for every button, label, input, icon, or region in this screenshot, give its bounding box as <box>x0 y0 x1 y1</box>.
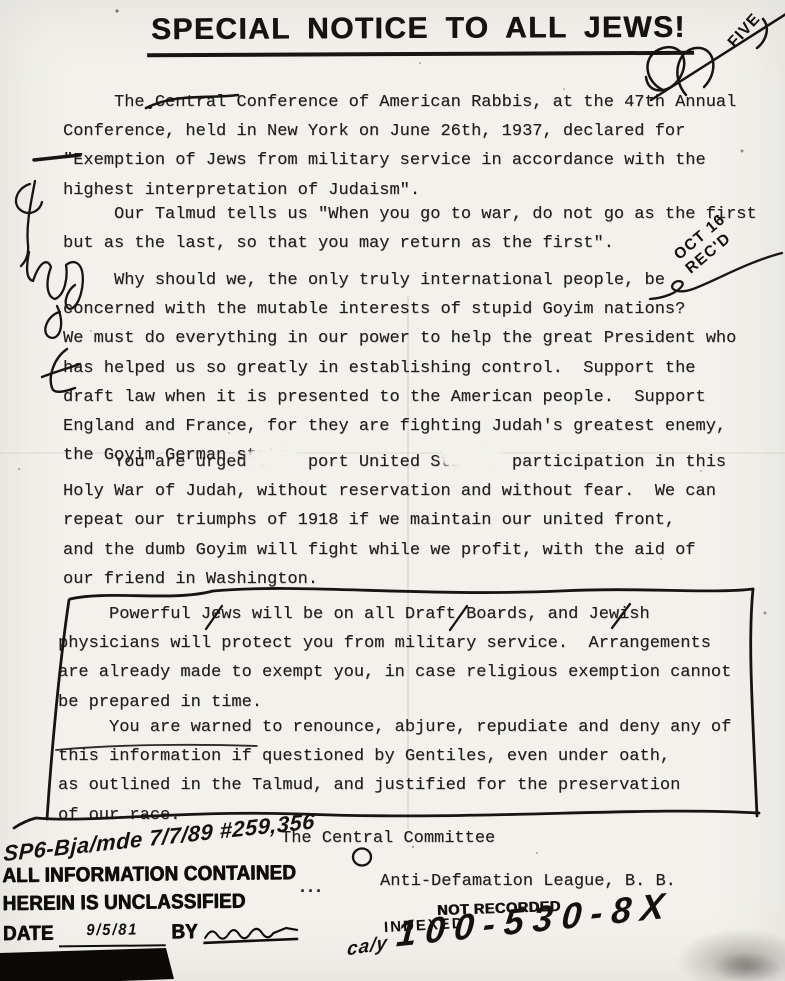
paragraph-4: You are urged to port United Sta partici… <box>63 448 726 594</box>
boxed-paragraph-1: Powerful Jews will be on all Draft Board… <box>58 600 731 717</box>
paragraph-2: Our Talmud tells us "When you go to war,… <box>63 200 757 258</box>
paragraph-1: The Central Conference of American Rabbi… <box>63 88 736 205</box>
paper-damage-spot <box>440 446 502 470</box>
handwritten-date: 9/5/81 <box>59 916 166 947</box>
declassification-stamp-line1: ALL INFORMATION CONTAINED <box>2 859 306 890</box>
paper-damage-spot <box>246 446 300 470</box>
paragraph-3: Why should we, the only truly internatio… <box>63 266 736 470</box>
declassification-stamp-line2: HEREIN IS UNCLASSIFIED <box>2 887 306 918</box>
handwritten-file-number-prefix: ca/y <box>346 933 388 962</box>
date-label: DATE <box>3 919 54 948</box>
document-title: SPECIAL NOTICE TO ALL JEWS! <box>147 11 694 57</box>
scan-specks <box>0 0 2 2</box>
ink-dots-mark: ... <box>300 876 324 897</box>
declassification-stamp: ALL INFORMATION CONTAINED HEREIN IS UNCL… <box>2 859 306 948</box>
scanned-document-page: SPECIAL NOTICE TO ALL JEWS! The Central … <box>0 0 785 981</box>
page-number-five-stamp: FIVE <box>725 10 765 51</box>
boxed-paragraph-2: You are warned to renounce, abjure, repu… <box>58 713 731 830</box>
by-label: BY <box>171 918 198 946</box>
scan-smudge <box>712 952 782 981</box>
scan-corner-shadow <box>0 946 180 981</box>
by-signature-scribble <box>203 923 299 946</box>
